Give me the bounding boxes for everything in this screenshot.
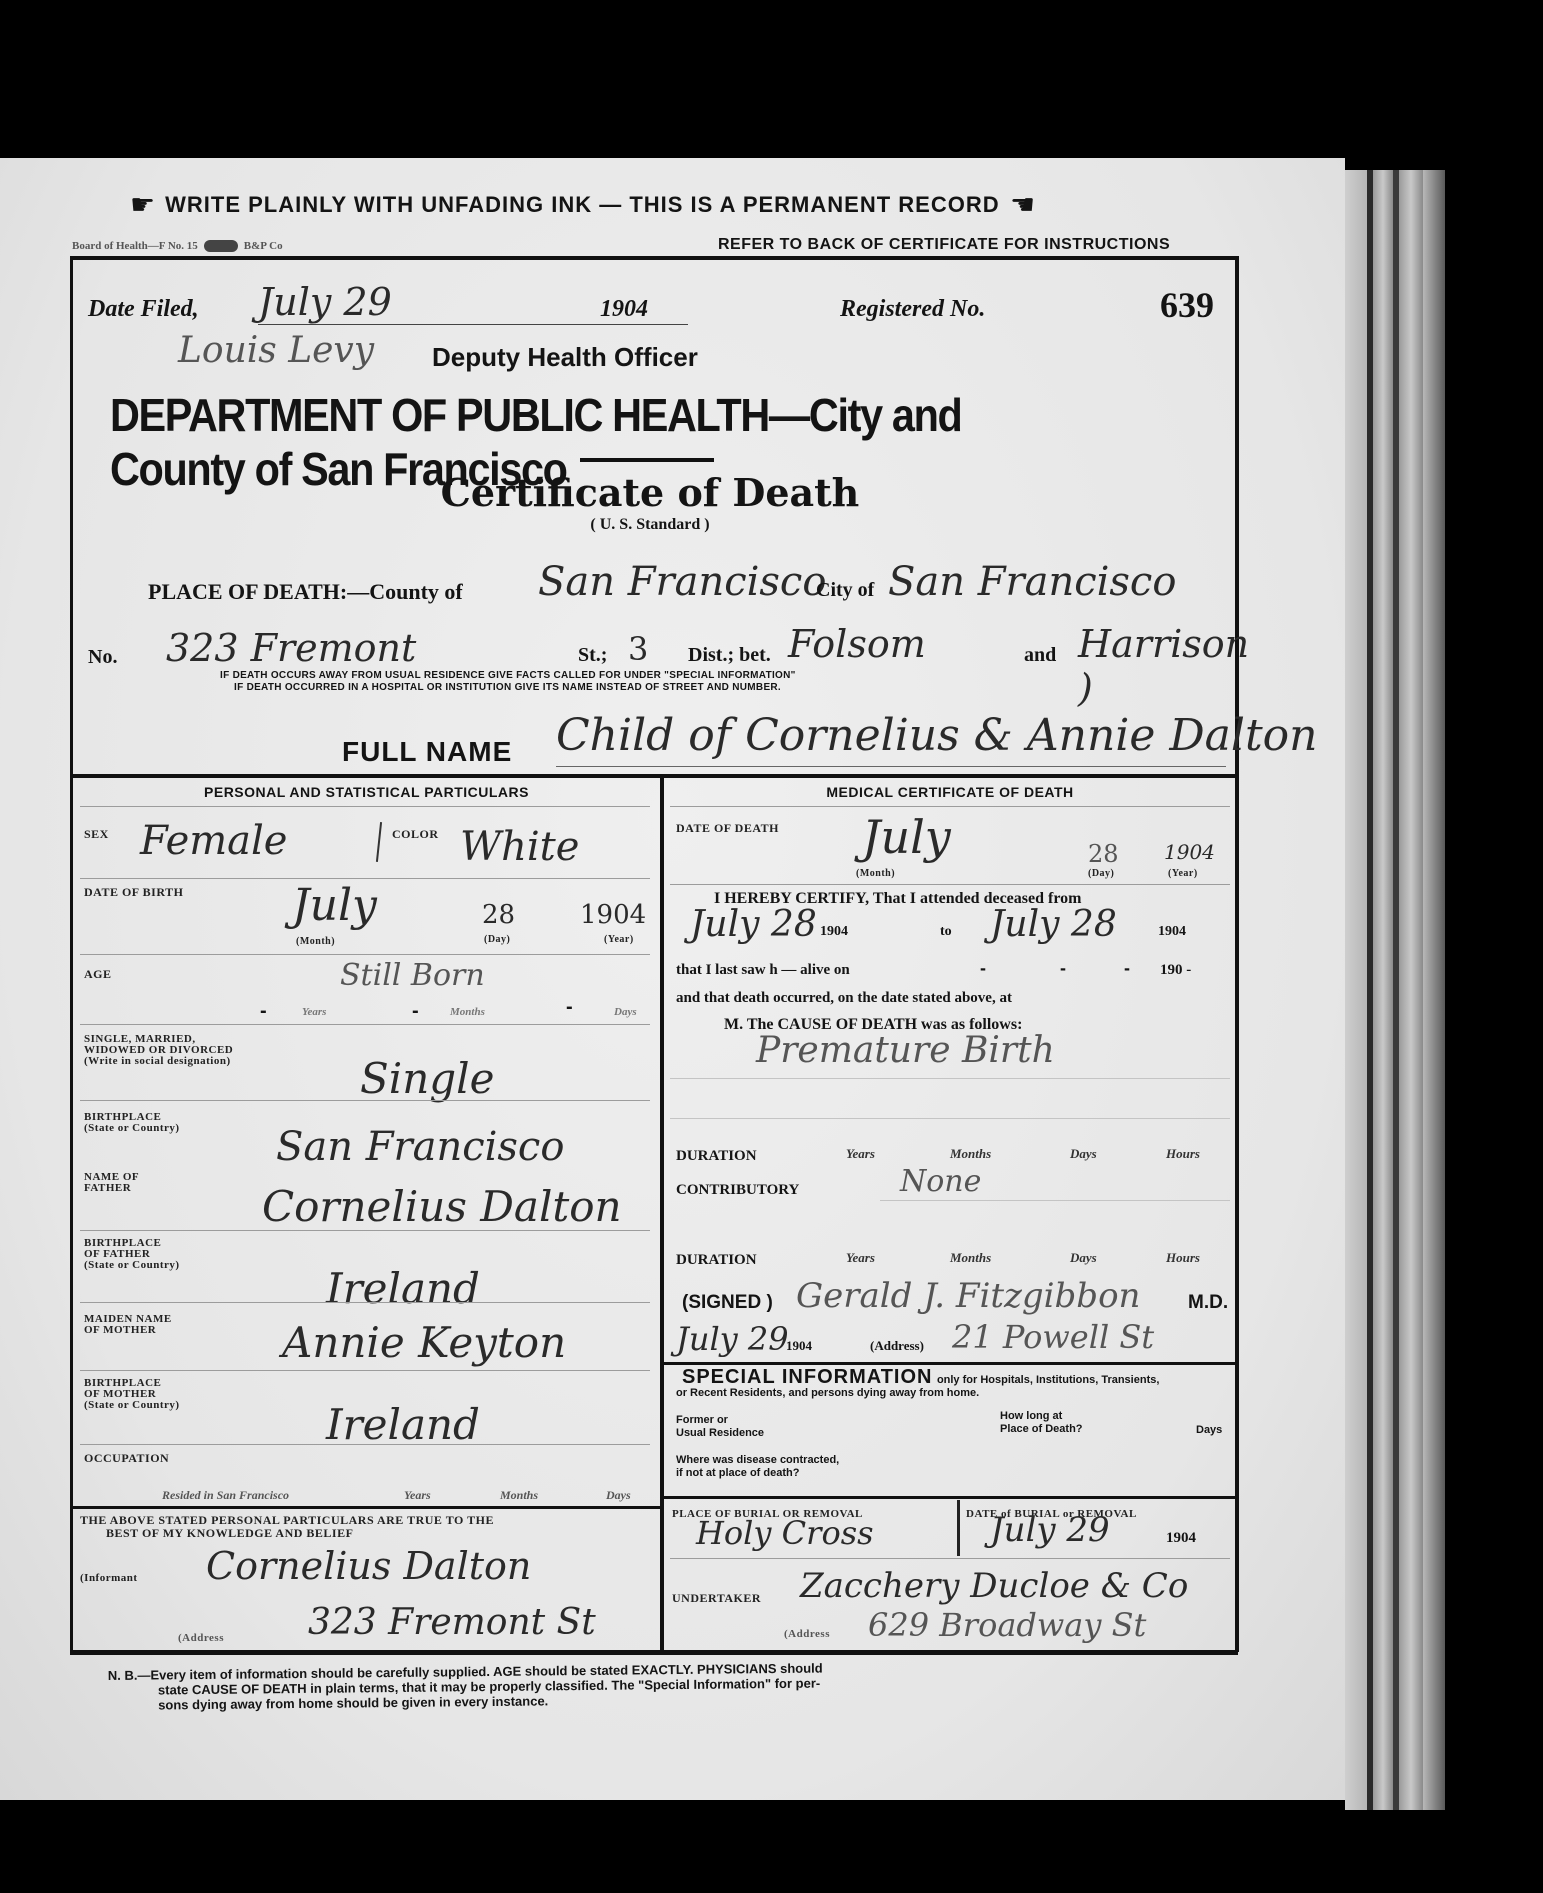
dist-label: Dist.; bet. — [688, 644, 771, 667]
place-of-death-row: PLACE OF DEATH:—County of San Francisco … — [148, 555, 1228, 605]
last-saw-dash: - — [1060, 958, 1066, 979]
header-banner: ☛ WRITE PLAINLY WITH UNFADING INK — THIS… — [130, 188, 1210, 222]
age-years: - — [260, 1000, 267, 1023]
dob-day-caption: (Day) — [484, 934, 510, 946]
full-name-label: FULL NAME — [342, 736, 512, 768]
residence-note: IF DEATH OCCURS AWAY FROM USUAL RESIDENC… — [220, 670, 796, 694]
undertaker-address-label: (Address — [784, 1628, 830, 1640]
md-label: M.D. — [1188, 1292, 1228, 1314]
duration-hours: Hours — [1166, 1146, 1200, 1162]
full-name-row: FULL NAME Child of Cornelius & Annie Dal… — [342, 710, 1232, 770]
dob-year-caption: (Year) — [604, 934, 634, 946]
informant-statement-line: BEST OF MY KNOWLEDGE AND BELIEF — [80, 1527, 494, 1540]
certificate-title: Certificate of Death — [0, 470, 1300, 515]
occurred-text: and that death occurred, on the date sta… — [676, 990, 1012, 1007]
undertaker-value: Zacchery Ducloe & Co — [800, 1566, 1188, 1606]
marital-value: Single — [360, 1054, 494, 1103]
physician-signature: Gerald J. Fitzgibbon — [796, 1276, 1140, 1316]
duration-label-2: DURATION — [676, 1252, 757, 1269]
residence-note-line-2: IF DEATH OCCURRED IN A HOSPITAL OR INSTI… — [220, 682, 796, 694]
occupation-label: OCCUPATION — [84, 1452, 169, 1464]
county-value: San Francisco — [538, 559, 826, 605]
dob-year: 1904 — [580, 900, 646, 930]
birthplace-value: San Francisco — [276, 1124, 564, 1170]
informant-address-label: (Address — [178, 1632, 224, 1644]
attended-from: July 28 — [690, 904, 817, 945]
father-birthplace-value: Ireland — [326, 1264, 480, 1313]
between-street-2: Harrison ) — [1078, 622, 1249, 710]
attended-to: July 28 — [990, 904, 1117, 945]
age-months: - — [412, 1000, 419, 1023]
how-long-days: Days — [1196, 1424, 1222, 1436]
special-info-header: SPECIAL INFORMATION only for Hospitals, … — [676, 1366, 1236, 1399]
duration-days-2: Days — [1070, 1250, 1097, 1266]
last-saw-text: that I last saw h — alive on — [676, 962, 850, 979]
resided-days: Days — [606, 1488, 631, 1503]
special-divider — [664, 1362, 1236, 1365]
instructions-note: REFER TO BACK OF CERTIFICATE FOR INSTRUC… — [718, 236, 1170, 254]
medical-section-title: MEDICAL CERTIFICATE OF DEATH — [664, 784, 1236, 800]
contracted-label: Where was disease contracted, if not at … — [676, 1454, 839, 1480]
burial-place-value: Holy Cross — [696, 1514, 874, 1552]
pointing-hand-icon: ☛ — [130, 191, 155, 219]
physician-address: 21 Powell St — [952, 1318, 1154, 1356]
how-long-label: How long at Place of Death? — [1000, 1410, 1083, 1436]
resided-years: Years — [404, 1488, 431, 1503]
informant-divider — [73, 1506, 660, 1509]
filing-row: Date Filed, July 29 1904 Registered No. … — [88, 282, 1228, 332]
residence-note-line-1: IF DEATH OCCURS AWAY FROM USUAL RESIDENC… — [220, 670, 796, 682]
section-divider — [73, 774, 1236, 778]
duration-years-2: Years — [846, 1250, 875, 1266]
undertaker-address: 629 Broadway St — [868, 1606, 1146, 1644]
last-saw-dash: - — [1124, 958, 1130, 979]
resided-label: Resided in San Francisco — [162, 1488, 289, 1503]
registered-no-label: Registered No. — [840, 296, 985, 323]
date-filed-value: July 29 — [258, 280, 392, 324]
mother-name-label-line: OF MOTHER — [84, 1325, 172, 1336]
address-row: No. 323 Fremont St.; 3 Dist.; bet. Folso… — [88, 622, 1238, 672]
signed-date: July 29 — [676, 1320, 789, 1358]
printer-seal-icon — [204, 240, 238, 252]
attended-to-year: 1904 — [1158, 924, 1186, 940]
date-filed-label: Date Filed, — [88, 296, 199, 323]
dod-year-caption: (Year) — [1168, 868, 1198, 880]
city-label: City of — [816, 579, 874, 602]
signed-label: (SIGNED ) — [682, 1292, 773, 1314]
mother-birthplace-value: Ireland — [326, 1400, 480, 1449]
dod-month: July — [862, 810, 951, 864]
dob-day: 28 — [482, 900, 515, 930]
no-label: No. — [88, 646, 117, 669]
burial-date-value: July 29 — [990, 1510, 1110, 1550]
form-number-text: Board of Health—F No. 15 — [72, 240, 198, 252]
father-birthplace-label-line: (State or Country) — [84, 1260, 180, 1271]
dob-label: DATE OF BIRTH — [84, 886, 183, 898]
form-number: Board of Health—F No. 15 B&P Co — [72, 240, 283, 252]
officer-title: Deputy Health Officer — [432, 342, 698, 373]
date-filed-year: 1904 — [600, 296, 648, 323]
book-spine-edge — [1373, 170, 1393, 1810]
dob-month: July — [292, 880, 377, 931]
dod-year: 1904 — [1164, 840, 1215, 864]
how-long-label-line: How long at — [1000, 1410, 1083, 1423]
age-value: Still Born — [340, 958, 485, 993]
father-name-label-line: FATHER — [84, 1183, 139, 1194]
former-residence-label-line: Former or — [676, 1414, 764, 1427]
title-divider — [580, 458, 714, 462]
burial-year: 1904 — [1166, 1530, 1196, 1547]
form-border-right — [1235, 256, 1239, 1652]
sex-value: Female — [140, 818, 287, 864]
duration-label: DURATION — [676, 1148, 757, 1165]
dod-day: 28 — [1088, 840, 1119, 868]
mother-birthplace-label: BIRTHPLACE OF MOTHER (State or Country) — [84, 1378, 180, 1411]
printer-text: B&P Co — [244, 240, 283, 252]
contributory-label: CONTRIBUTORY — [676, 1182, 799, 1199]
mother-name-value: Annie Keyton — [282, 1318, 566, 1367]
street-address-value: 323 Fremont — [166, 626, 416, 670]
form-border-left — [70, 256, 73, 1652]
book-spine-edge — [1399, 170, 1423, 1810]
contracted-label-line: if not at place of death? — [676, 1467, 839, 1480]
age-days-caption: Days — [614, 1006, 637, 1018]
informant-name: Cornelius Dalton — [206, 1544, 531, 1588]
physician-address-label: (Address) — [870, 1338, 924, 1354]
age-months-caption: Months — [450, 1006, 485, 1018]
book-spine-edge — [1423, 170, 1445, 1810]
former-residence-label-line: Usual Residence — [676, 1427, 764, 1440]
form-border-bottom — [70, 1650, 1238, 1655]
burial-column-divider — [957, 1500, 960, 1556]
st-label: St.; — [578, 644, 607, 667]
signed-year: 1904 — [786, 1338, 812, 1354]
city-value: San Francisco — [888, 559, 1176, 605]
marital-label: SINGLE, MARRIED, WIDOWED OR DIVORCED (Wr… — [84, 1034, 233, 1067]
last-saw-dash: - — [980, 958, 986, 979]
sex-label: SEX — [84, 828, 109, 840]
banner-text: WRITE PLAINLY WITH UNFADING INK — THIS I… — [165, 192, 1000, 218]
full-name-value: Child of Cornelius & Annie Dalton — [556, 710, 1317, 761]
former-residence-label: Former or Usual Residence — [676, 1414, 764, 1440]
informant-statement: THE ABOVE STATED PERSONAL PARTICULARS AR… — [80, 1514, 494, 1540]
mother-name-label: MAIDEN NAME OF MOTHER — [84, 1314, 172, 1336]
dob-month-caption: (Month) — [296, 936, 335, 948]
dod-day-caption: (Day) — [1088, 868, 1114, 880]
informant-address: 323 Fremont St — [308, 1602, 596, 1643]
duration-months-2: Months — [950, 1250, 991, 1266]
cause-value: Premature Birth — [756, 1030, 1055, 1071]
mother-birthplace-label-line: (State or Country) — [84, 1400, 180, 1411]
contributory-value: None — [900, 1164, 981, 1199]
color-value: White — [460, 824, 579, 870]
duration-years: Years — [846, 1146, 875, 1162]
attended-to-label: to — [940, 924, 952, 940]
personal-section-title: PERSONAL AND STATISTICAL PARTICULARS — [73, 784, 660, 800]
registered-number: 639 — [1160, 284, 1214, 326]
duration-hours-2: Hours — [1166, 1250, 1200, 1266]
age-years-caption: Years — [302, 1006, 326, 1018]
book-spine-edge — [1345, 170, 1367, 1810]
how-long-label-line: Place of Death? — [1000, 1423, 1083, 1436]
and-label: and — [1024, 644, 1056, 667]
ward-value: 3 — [628, 630, 648, 668]
between-street-1: Folsom — [788, 622, 926, 666]
duration-months: Months — [950, 1146, 991, 1162]
undertaker-label: UNDERTAKER — [672, 1592, 761, 1604]
form-border-top — [70, 256, 1238, 260]
dod-label: DATE OF DEATH — [676, 822, 779, 834]
color-label: COLOR — [392, 828, 439, 840]
standard-subtitle: ( U. S. Standard ) — [0, 516, 1300, 534]
place-of-death-label: PLACE OF DEATH:—County of — [148, 579, 463, 605]
column-divider — [660, 778, 664, 1650]
age-label: AGE — [84, 968, 112, 980]
father-birthplace-label: BIRTHPLACE OF FATHER (State or Country) — [84, 1238, 180, 1271]
father-name-label: NAME OF FATHER — [84, 1172, 139, 1194]
resided-months: Months — [500, 1488, 538, 1503]
informant-label: (Informant — [80, 1572, 138, 1584]
birthplace-label: BIRTHPLACE (State or Country) — [84, 1112, 180, 1134]
marital-label-line: (Write in social designation) — [84, 1056, 233, 1067]
father-name-value: Cornelius Dalton — [262, 1182, 622, 1231]
duration-days: Days — [1070, 1146, 1097, 1162]
officer-signature: Louis Levy — [178, 330, 374, 371]
special-info-subtitle: or Recent Residents, and persons dying a… — [676, 1387, 1236, 1399]
dod-month-caption: (Month) — [856, 868, 895, 880]
attended-from-year: 1904 — [820, 924, 848, 940]
contracted-label-line: Where was disease contracted, — [676, 1454, 839, 1467]
special-info-subtitle: only for Hospitals, Institutions, Transi… — [937, 1374, 1159, 1386]
burial-divider — [664, 1496, 1236, 1499]
last-saw-year: 190 - — [1160, 962, 1191, 979]
pointing-hand-icon: ☛ — [1010, 191, 1035, 219]
special-info-title: SPECIAL INFORMATION — [676, 1366, 932, 1388]
birthplace-label-line: (State or Country) — [84, 1123, 180, 1134]
age-days: - — [566, 996, 573, 1019]
